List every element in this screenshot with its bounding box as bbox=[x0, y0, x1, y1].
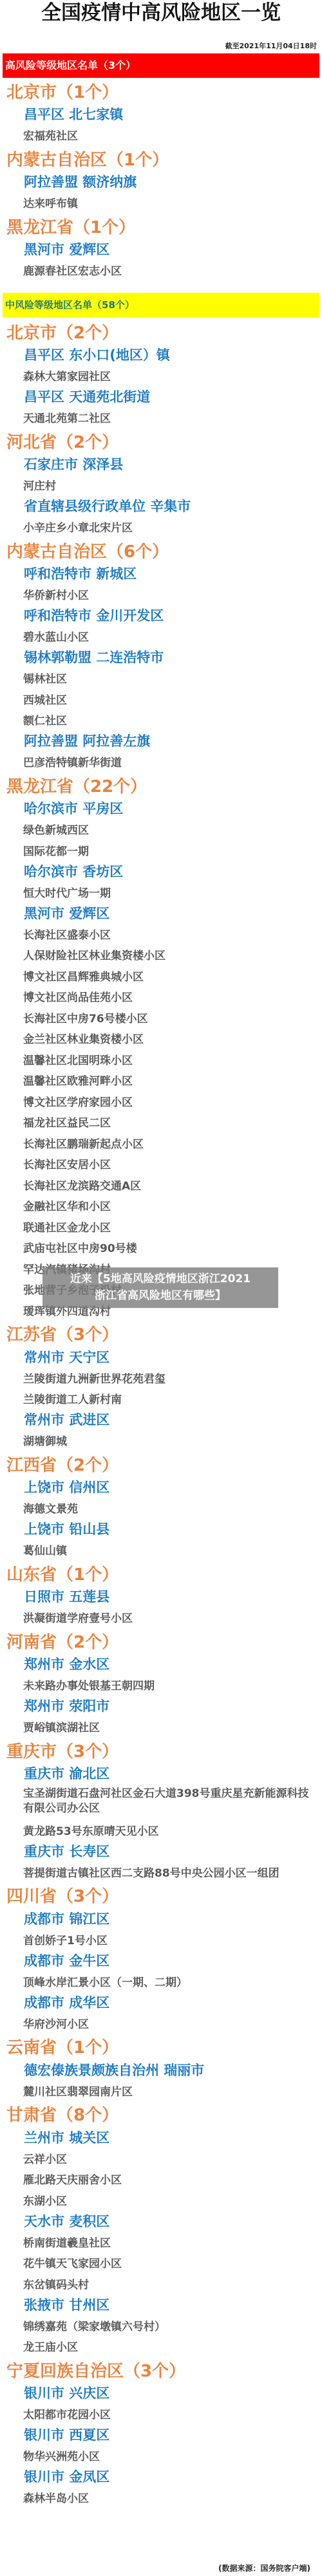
district-heading: 呼和浩特市 新城区 bbox=[0, 563, 322, 584]
district-heading: 成都市 锦江区 bbox=[0, 1908, 322, 1929]
district-heading: 哈尔滨市 香坊区 bbox=[0, 861, 322, 882]
area-list-item: 温馨社区欧雅河畔小区 bbox=[0, 1070, 322, 1091]
area-list-item: 首创娇子1号小区 bbox=[0, 1929, 322, 1950]
district-heading: 昌平区 北七家镇 bbox=[0, 104, 322, 125]
area-list-item: 黄龙路53号东原晴天见小区 bbox=[0, 1819, 322, 1841]
area-list-item: 兰陵街道九洲新世界花苑君玺 bbox=[0, 1367, 322, 1388]
province-heading: 江苏省（3个） bbox=[0, 1321, 322, 1347]
area-list-item: 小辛庄乡小章北宋片区 bbox=[0, 517, 322, 538]
area-list-item: 长海社区安居小区 bbox=[0, 1154, 322, 1175]
as-of-timestamp: 截至2021年11月04日18时 bbox=[225, 41, 317, 51]
area-list-item: 长海社区中房76号楼小区 bbox=[0, 1007, 322, 1028]
area-list-item: 温馨社区北国明珠小区 bbox=[0, 1049, 322, 1070]
area-list-item: 锦绣嘉苑（梁家墩镇六号村） bbox=[0, 2315, 322, 2336]
caption-line-2: 浙江省高风险地区有哪些】 bbox=[43, 1287, 278, 1304]
district-heading: 黑河市 爱辉区 bbox=[0, 903, 322, 924]
area-list-item: 天通北苑第二社区 bbox=[0, 407, 322, 428]
district-heading: 张掖市 甘州区 bbox=[0, 2294, 322, 2315]
district-heading: 昌平区 天通苑北街道 bbox=[0, 386, 322, 407]
district-heading: 兰州市 城关区 bbox=[0, 2127, 322, 2148]
medium-risk-band: 中风险等级地区名单（58个） bbox=[3, 293, 319, 317]
area-list-item: 长海社区鹏瑞新起点小区 bbox=[0, 1132, 322, 1154]
medium-risk-list: 北京市（2个）昌平区 东小口(地区）镇森林大第家园社区昌平区 天通苑北街道天通北… bbox=[0, 318, 322, 2508]
area-list-item: 雁北路天庆丽舍小区 bbox=[0, 2169, 322, 2190]
province-heading: 北京市（2个） bbox=[0, 318, 322, 344]
area-list-item: 花牛镇天飞家园小区 bbox=[0, 2252, 322, 2274]
province-heading: 重庆市（3个） bbox=[0, 1737, 322, 1763]
area-list-item: 东湖小区 bbox=[0, 2189, 322, 2211]
area-list-item: 兰陵街道工人新村南 bbox=[0, 1388, 322, 1410]
caption-overlay: 近来【5地高风险疫情地区浙江2021 浙江省高风险地区有哪些】 bbox=[43, 1267, 278, 1308]
district-heading: 天水市 麦积区 bbox=[0, 2211, 322, 2232]
area-list-item: 森林大第家园社区 bbox=[0, 365, 322, 387]
area-list-item: 金兰社区林业集资楼小区 bbox=[0, 1028, 322, 1049]
province-heading: 内蒙古自治区（1个） bbox=[0, 145, 322, 171]
area-list-item: 菩提街道古镇社区西二支路88号中央公园小区一组团 bbox=[0, 1861, 322, 1882]
area-list-item: 恒大时代广场一期 bbox=[0, 881, 322, 903]
area-list-item: 博文社区昌辉雅典城小区 bbox=[0, 965, 322, 986]
district-heading: 省直辖县级行政单位 辛集市 bbox=[0, 495, 322, 517]
area-list-item: 顶峰水岸汇景小区（一期、二期） bbox=[0, 1971, 322, 1992]
province-heading: 江西省（2个） bbox=[0, 1451, 322, 1477]
province-heading: 山东省（1个） bbox=[0, 1560, 322, 1586]
area-list-item: 太阳都市花园小区 bbox=[0, 2404, 322, 2425]
area-list-item: 金融社区华和小区 bbox=[0, 1195, 322, 1217]
area-list-item: 华侨新村小区 bbox=[0, 584, 322, 605]
area-list-item: 东岔镇码头村 bbox=[0, 2273, 322, 2294]
area-list-item: 华府沙河小区 bbox=[0, 2012, 322, 2034]
district-heading: 常州市 武进区 bbox=[0, 1409, 322, 1430]
province-heading: 河南省（2个） bbox=[0, 1628, 322, 1653]
area-list-item: 湖塘御城 bbox=[0, 1430, 322, 1451]
district-heading: 银川市 西夏区 bbox=[0, 2424, 322, 2445]
district-heading: 重庆市 渝北区 bbox=[0, 1763, 322, 1784]
district-heading: 昌平区 东小口(地区）镇 bbox=[0, 344, 322, 365]
province-heading: 河北省（2个） bbox=[0, 428, 322, 454]
area-list-item: 巴彦浩特镇新华街道 bbox=[0, 751, 322, 773]
high-risk-list: 北京市（1个）昌平区 北七家镇宏福苑社区内蒙古自治区（1个）阿拉善盟 额济纳旗达… bbox=[0, 78, 322, 281]
area-list-item: 绿色新城西区 bbox=[0, 819, 322, 840]
area-list-item: 龙王庙小区 bbox=[0, 2336, 322, 2357]
district-heading: 德宏傣族景颇族自治州 瑞丽市 bbox=[0, 2059, 322, 2081]
area-list-item: 武庙屯社区中房90号楼 bbox=[0, 1237, 322, 1258]
province-heading: 甘肃省（8个） bbox=[0, 2101, 322, 2127]
district-heading: 黑河市 爱辉区 bbox=[0, 239, 322, 260]
province-heading: 北京市（1个） bbox=[0, 78, 322, 104]
area-list-item: 达来呼布镇 bbox=[0, 192, 322, 214]
high-risk-band: 高风险等级地区名单（3个） bbox=[3, 53, 319, 78]
district-heading: 郑州市 金水区 bbox=[0, 1653, 322, 1675]
district-heading: 上饶市 信州区 bbox=[0, 1477, 322, 1498]
district-heading: 成都市 金牛区 bbox=[0, 1950, 322, 1971]
area-list-item: 洪凝街道学府壹号小区 bbox=[0, 1607, 322, 1628]
province-heading: 宁夏回族自治区（3个） bbox=[0, 2357, 322, 2382]
province-heading: 黑龙江省（1个） bbox=[0, 213, 322, 239]
area-list-item: 碧水蓝山小区 bbox=[0, 626, 322, 647]
district-heading: 郑州市 荥阳市 bbox=[0, 1695, 322, 1716]
area-list-item: 麓川社区翡翠园南片区 bbox=[0, 2080, 322, 2101]
area-list-item: 贾峪镇滨湖社区 bbox=[0, 1716, 322, 1738]
area-list-item: 联通社区金龙小区 bbox=[0, 1216, 322, 1237]
area-list-item: 桥南街道羲皇社区 bbox=[0, 2231, 322, 2252]
area-list-item: 河庄村 bbox=[0, 475, 322, 496]
area-list-item: 博文社区学府家园小区 bbox=[0, 1090, 322, 1112]
area-list-item: 云祥小区 bbox=[0, 2148, 322, 2169]
area-list-item: 国际花都一期 bbox=[0, 840, 322, 861]
page-title: 全国疫情中高风险地区一览 bbox=[0, 1, 322, 24]
area-list-item: 人保财险社区林业集资楼小区 bbox=[0, 944, 322, 966]
area-list-item: 博文社区尚品佳苑小区 bbox=[0, 986, 322, 1007]
area-list-item: 额仁社区 bbox=[0, 710, 322, 731]
district-heading: 阿拉善盟 额济纳旗 bbox=[0, 171, 322, 192]
province-heading: 四川省（3个） bbox=[0, 1882, 322, 1908]
area-list-item: 宏福苑社区 bbox=[0, 125, 322, 146]
area-list-item: 森林半岛小区 bbox=[0, 2487, 322, 2508]
data-source-note: (数据来源：国务院客户端) bbox=[218, 2562, 310, 2574]
district-heading: 银川市 金凤区 bbox=[0, 2466, 322, 2487]
district-heading: 日照市 五莲县 bbox=[0, 1586, 322, 1607]
area-list-item: 长海社区盛泰小区 bbox=[0, 923, 322, 944]
area-list-item: 宝圣湖街道石盘河社区金石大道398号重庆星充新能源科技有限公司办公区 bbox=[0, 1784, 313, 1820]
district-heading: 常州市 天宁区 bbox=[0, 1347, 322, 1368]
district-heading: 成都市 成华区 bbox=[0, 1992, 322, 2013]
infographic-page: 全国疫情中高风险地区一览 截至2021年11月04日18时 高风险等级地区名单（… bbox=[0, 0, 322, 2576]
caption-line-1: 近来【5地高风险疫情地区浙江2021 bbox=[43, 1271, 278, 1287]
area-list-item: 西城社区 bbox=[0, 688, 322, 710]
province-heading: 黑龙江省（22个） bbox=[0, 772, 322, 798]
area-list-item: 海德文景苑 bbox=[0, 1498, 322, 1519]
district-heading: 重庆市 长寿区 bbox=[0, 1841, 322, 1862]
area-list-item: 鹿源春社区宏志小区 bbox=[0, 260, 322, 281]
district-heading: 阿拉善盟 阿拉善左旗 bbox=[0, 730, 322, 751]
area-list-item: 葛仙山镇 bbox=[0, 1540, 322, 1561]
district-heading: 哈尔滨市 平房区 bbox=[0, 798, 322, 819]
district-heading: 石家庄市 深泽县 bbox=[0, 454, 322, 475]
district-heading: 锡林郭勒盟 二连浩特市 bbox=[0, 647, 322, 668]
province-heading: 云南省（1个） bbox=[0, 2034, 322, 2059]
district-heading: 银川市 兴庆区 bbox=[0, 2382, 322, 2404]
district-heading: 呼和浩特市 金川开发区 bbox=[0, 605, 322, 626]
area-list-item: 未来路办事处银基王朝四期 bbox=[0, 1675, 322, 1696]
area-list-item: 长海社区龙滨路交通A区 bbox=[0, 1174, 322, 1195]
district-heading: 上饶市 铅山县 bbox=[0, 1518, 322, 1540]
area-list-item: 物华兴洲苑小区 bbox=[0, 2445, 322, 2467]
area-list-item: 锡林社区 bbox=[0, 668, 322, 689]
province-heading: 内蒙古自治区（6个） bbox=[0, 537, 322, 563]
area-list-item: 福龙社区益民二区 bbox=[0, 1112, 322, 1133]
